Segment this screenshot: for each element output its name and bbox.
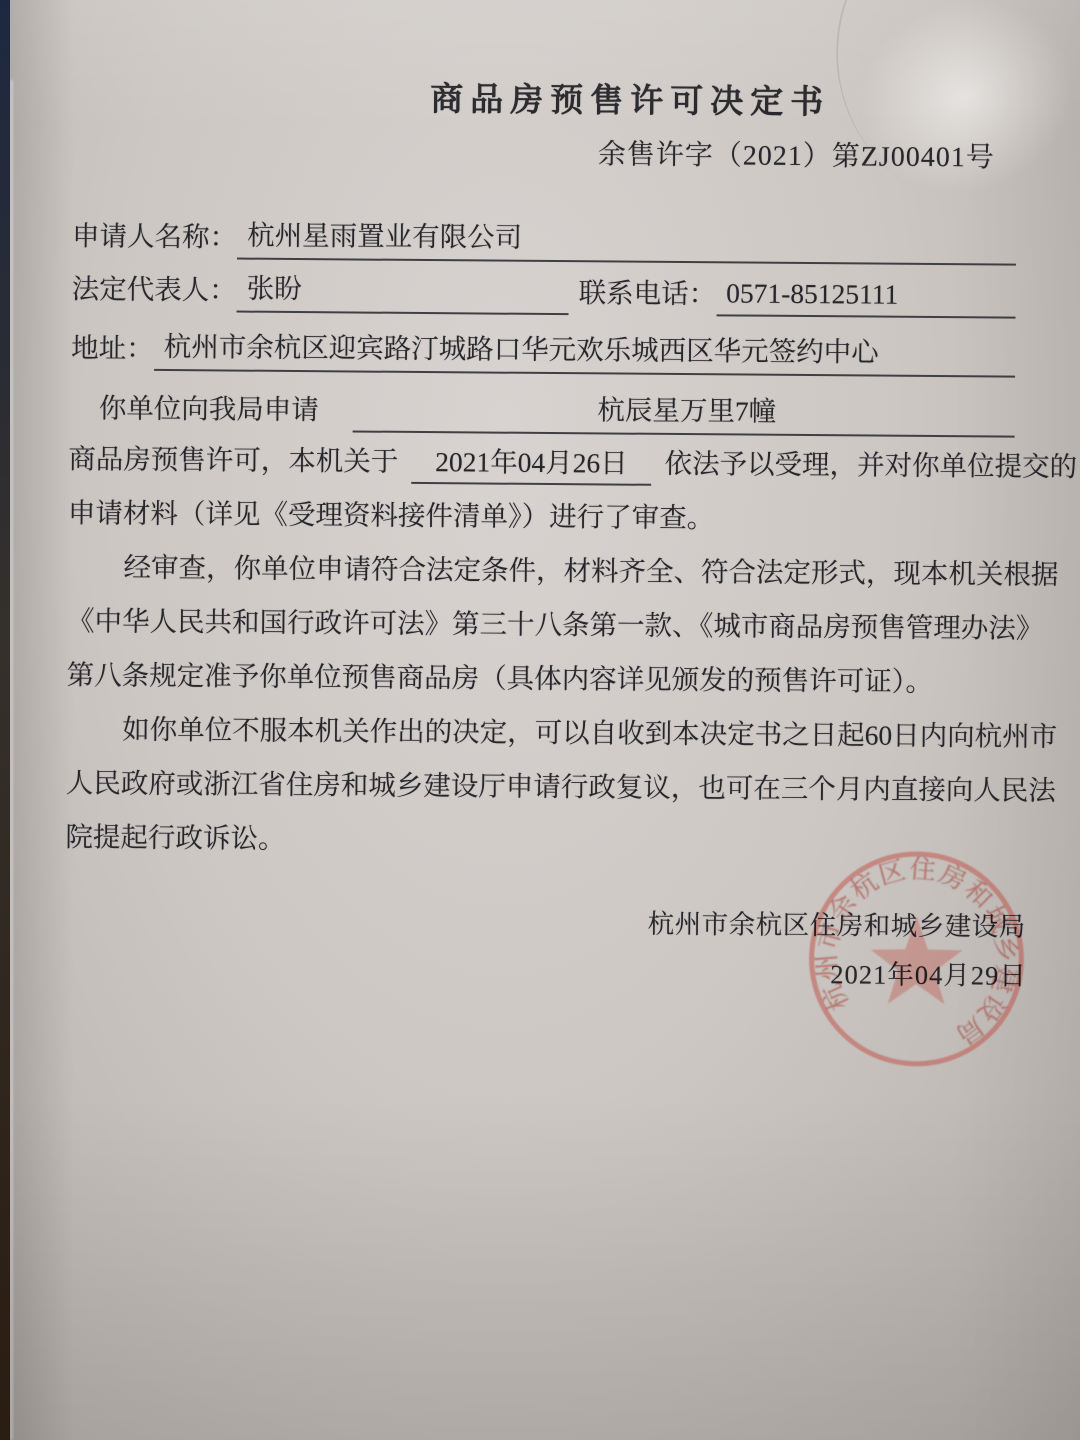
acceptance-post: 依法予以受理，并对你单位提交的 [664, 448, 1077, 482]
phone-value: 0571-85125111 [716, 277, 1016, 318]
issuer-name: 杭州市余杭区住房和城乡建设局 [648, 902, 1026, 944]
address-value: 杭州市余杭区迎宾路汀城路口华元欢乐城西区华元签约中心 [154, 324, 1016, 378]
body-line-review-3: 第八条规定准予你单位预售商品房（具体内容详见颁发的预售许可证）。 [66, 648, 1018, 709]
field-row-address: 地址： 杭州市余杭区迎宾路汀城路口华元欢乐城西区华元签约中心 [71, 316, 1015, 377]
document-photo: 商品房预售许可决定书 余售许字（2021）第ZJ00401号 申请人名称： 杭州… [0, 0, 1080, 1440]
body-line-acceptance: 商品房预售许可，本机关于 2021年04月26日 依法予以受理，并对你单位提交的 [68, 432, 1020, 493]
body-line-materials: 申请材料（详见《受理资料接件清单》）进行了审查。 [68, 486, 1020, 547]
apply-intro-label: 你单位向我局申请 [99, 385, 319, 432]
body-line-review-1: 经审查，你单位申请符合法定条件，材料齐全、符合法定形式，现本机关根据 [67, 540, 1019, 601]
document-number: 余售许字（2021）第ZJ00401号 [598, 132, 995, 175]
field-row-applicant: 申请人名称： 杭州星雨置业有限公司 [72, 204, 1016, 265]
applicant-value: 杭州星雨置业有限公司 [237, 213, 1016, 266]
acceptance-pre: 商品房预售许可，本机关于 [68, 443, 398, 477]
body-line-appeal-1: 如你单位不服本机关作出的决定，可以自收到本决定书之日起60日内向杭州市 [66, 702, 1018, 763]
body-line-appeal-2: 人民政府或浙江省住房和城乡建设厅申请行政复议，也可在三个月内直接向人民法 [66, 756, 1018, 817]
applicant-label: 申请人名称： [72, 213, 237, 259]
apply-value: 杭辰星万里7幢 [353, 385, 1015, 437]
field-row-legal-rep: 法定代表人： 张盼 联系电话： 0571-85125111 [72, 257, 1016, 318]
document-content: 商品房预售许可决定书 余售许字（2021）第ZJ00401号 申请人名称： 杭州… [10, 0, 1080, 1440]
acceptance-date-value: 2021年04月26日 [411, 442, 652, 486]
body-line-appeal-3: 院提起行政诉讼。 [65, 810, 1017, 871]
address-label: 地址： [71, 325, 154, 371]
document-title: 商品房预售许可决定书 [430, 73, 830, 123]
field-row-apply: 你单位向我局申请 杭辰星万里7幢 [99, 376, 1015, 437]
phone-label: 联系电话： [579, 270, 717, 316]
paper-sheet: 商品房预售许可决定书 余售许字（2021）第ZJ00401号 申请人名称： 杭州… [10, 0, 1080, 1440]
issue-date: 2021年04月29日 [830, 952, 1027, 993]
body-text: 商品房预售许可，本机关于 2021年04月26日 依法予以受理，并对你单位提交的… [65, 432, 1020, 871]
legal-rep-label: 法定代表人： [72, 266, 237, 312]
body-line-review-2: 《中华人民共和国行政许可法》第三十八条第一款、《城市商品房预售管理办法》 [67, 594, 1019, 655]
legal-rep-value: 张盼 [237, 266, 569, 316]
